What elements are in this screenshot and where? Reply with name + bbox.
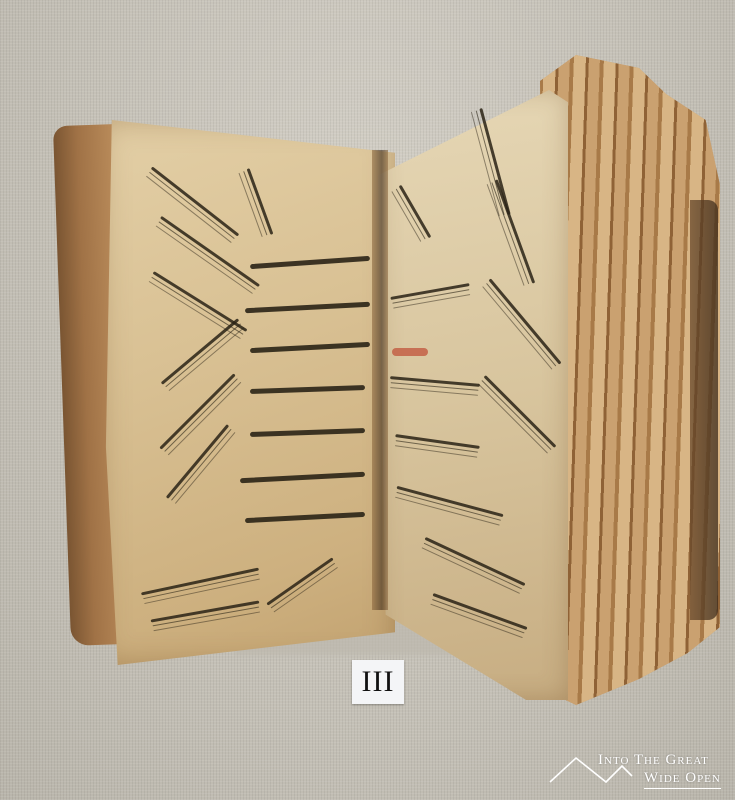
manuscript-left-page	[100, 120, 395, 665]
placard-label: III	[362, 665, 395, 699]
watermark-line-1: Into The Great	[598, 752, 709, 769]
exhibit-number-placard: III	[352, 660, 404, 704]
watermark-logo: Into The Great Wide Open	[548, 752, 728, 792]
book-back-cover-edge	[690, 200, 718, 620]
red-rubric-mark	[392, 348, 428, 356]
watermark-line-2: Wide Open	[644, 770, 721, 789]
book-gutter	[372, 150, 388, 610]
